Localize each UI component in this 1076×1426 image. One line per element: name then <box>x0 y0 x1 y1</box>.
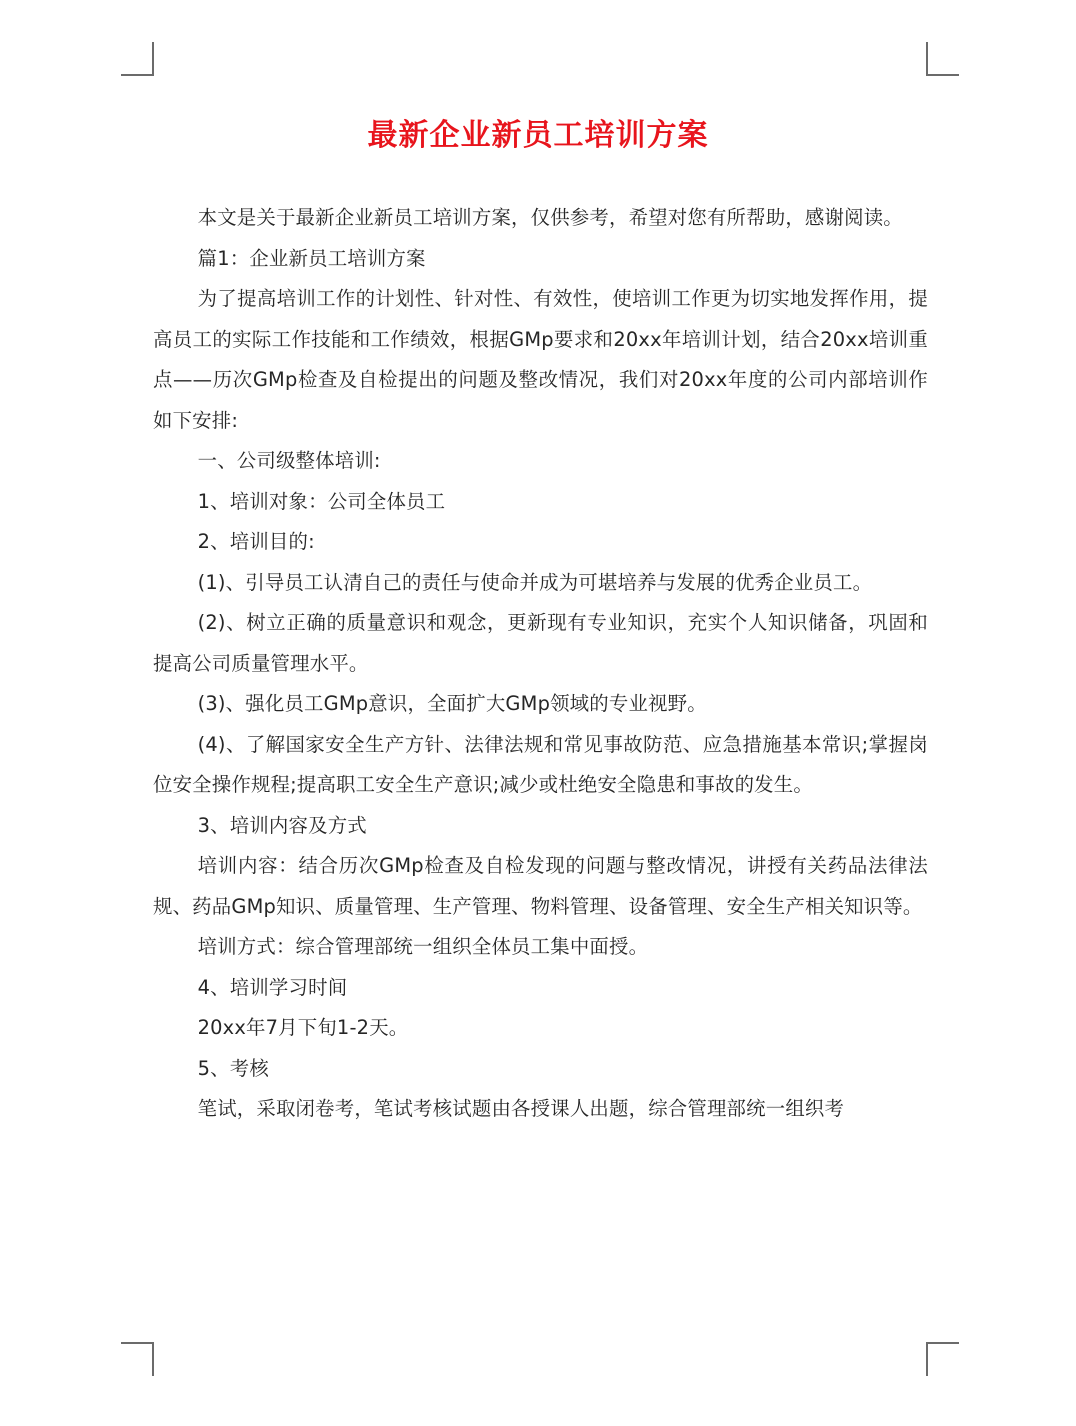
purpose-2: (2)、树立正确的质量意识和观念，更新现有专业知识，充实个人知识储备，巩固和提高… <box>153 603 928 684</box>
assessment-text: 笔试，采取闭卷考，笔试考核试题由各授课人出题，综合管理部统一组织考 <box>153 1089 928 1130</box>
crop-mark-bottom-left <box>121 1342 154 1376</box>
overview-paragraph: 为了提高培训工作的计划性、针对性、有效性，使培训工作更为切实地发挥作用，提高员工… <box>153 279 928 441</box>
document-body: 本文是关于最新企业新员工培训方案，仅供参考，希望对您有所帮助，感谢阅读。 篇1：… <box>153 198 928 1130</box>
document-title: 最新企业新员工培训方案 <box>0 114 1076 158</box>
item-assessment: 5、考核 <box>153 1049 928 1090</box>
training-time-value: 20xx年7月下旬1-2天。 <box>153 1008 928 1049</box>
crop-mark-bottom-right <box>926 1342 959 1376</box>
section-heading-part1: 篇1：企业新员工培训方案 <box>153 239 928 280</box>
heading-company-training: 一、公司级整体培训: <box>153 441 928 482</box>
training-content: 培训内容：结合历次GMp检查及自检发现的问题与整改情况，讲授有关药品法律法规、药… <box>153 846 928 927</box>
document-page: 最新企业新员工培训方案 本文是关于最新企业新员工培训方案，仅供参考，希望对您有所… <box>0 0 1076 1426</box>
purpose-1: (1)、引导员工认清自己的责任与使命并成为可堪培养与发展的优秀企业员工。 <box>153 563 928 604</box>
purpose-3: (3)、强化员工GMp意识，全面扩大GMp领域的专业视野。 <box>153 684 928 725</box>
item-training-target: 1、培训对象：公司全体员工 <box>153 482 928 523</box>
crop-mark-top-right <box>926 42 959 76</box>
intro-paragraph: 本文是关于最新企业新员工培训方案，仅供参考，希望对您有所帮助，感谢阅读。 <box>153 198 928 239</box>
item-content-method: 3、培训内容及方式 <box>153 806 928 847</box>
training-method: 培训方式：综合管理部统一组织全体员工集中面授。 <box>153 927 928 968</box>
purpose-4: (4)、了解国家安全生产方针、法律法规和常见事故防范、应急措施基本常识;掌握岗位… <box>153 725 928 806</box>
item-training-purpose: 2、培训目的: <box>153 522 928 563</box>
crop-mark-top-left <box>121 42 154 76</box>
item-training-time: 4、培训学习时间 <box>153 968 928 1009</box>
